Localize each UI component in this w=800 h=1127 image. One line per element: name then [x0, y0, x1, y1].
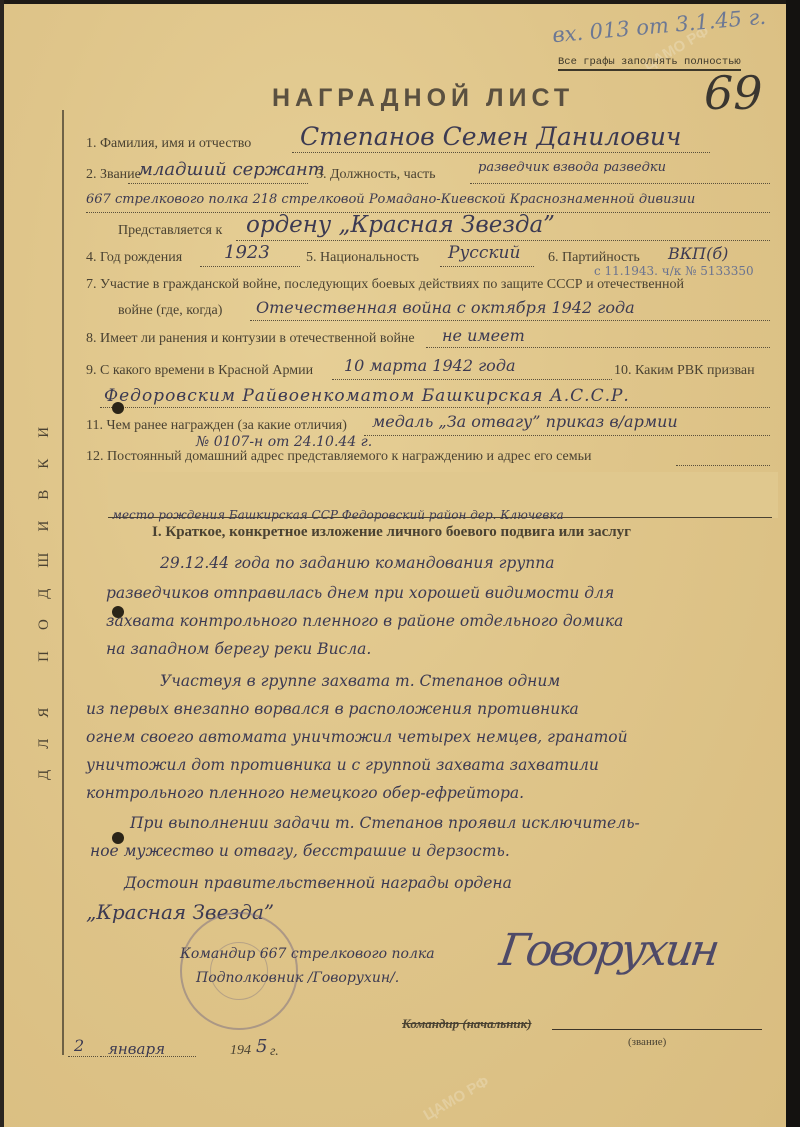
- field-9-value: 10 марта 1942 года: [344, 356, 516, 375]
- feat-line: захвата контрольного пленного в районе о…: [106, 612, 623, 630]
- field-9-label: 9. С какого времени в Красной Армии: [86, 363, 313, 379]
- feat-line: Участвуя в группе захвата т. Степанов од…: [160, 672, 560, 690]
- award-sheet: ДЛЯ ПОДШИВКИ ЦАМО РФ ЦАМО РФ ЦАМО РФ ЦАМ…: [0, 0, 786, 1127]
- field-9-line: [332, 379, 612, 380]
- field-10-value: Федоровским Райвоенкоматом Башкирская А.…: [104, 386, 630, 406]
- feat-line: ное мужество и отвагу, бесстрашие и дерз…: [90, 842, 510, 860]
- field-7-value: Отечественная война с октября 1942 года: [256, 298, 635, 317]
- field-2-value: младший сержант: [138, 159, 325, 180]
- feat-line: контрольного пленного немецкого обер-ефр…: [86, 784, 524, 802]
- field-11-value-cont: № 0107-н от 24.10.44 г.: [196, 434, 372, 450]
- field-5-label: 5. Национальность: [306, 250, 419, 266]
- presented-label: Представляется к: [118, 223, 222, 239]
- binding-margin-label: ДЛЯ ПОДШИВКИ: [36, 260, 53, 780]
- field-7-label: 7. Участие в гражданской войне, последую…: [86, 277, 684, 293]
- feat-line: При выполнении задачи т. Степанов прояви…: [130, 814, 640, 832]
- punch-hole: [112, 402, 124, 414]
- field-7-label-cont: войне (где, когда): [118, 303, 222, 319]
- date-month: января: [108, 1040, 165, 1058]
- field-10-label: 10. Каким РВК призван: [614, 363, 755, 379]
- field-4-line: [200, 266, 300, 267]
- punch-hole: [112, 606, 124, 618]
- field-6-note: с 11.1943. ч/к № 5133350: [594, 264, 754, 278]
- presented-value: ордену „Красная Звезда”: [246, 212, 555, 238]
- rank-caption: (звание): [628, 1036, 666, 1048]
- commander-label: Командир (начальник): [402, 1016, 532, 1032]
- field-4-label: 4. Год рождения: [86, 250, 182, 266]
- feat-line: уничтожил дот противника и с группой зах…: [86, 756, 599, 774]
- feat-line: разведчиков отправилась днем при хорошей…: [106, 584, 614, 602]
- date-day-line: [68, 1056, 98, 1057]
- feat-line: Достоин правительственной награды ордена: [124, 874, 512, 892]
- field-1-value: Степанов Семен Данилович: [300, 122, 681, 151]
- commander-line-1: Командир 667 стрелкового полка: [180, 946, 435, 962]
- signature-line: [552, 1029, 762, 1030]
- presented-line: [236, 240, 770, 241]
- feat-line: из первых внезапно ворвался в расположен…: [86, 700, 579, 718]
- scan-edge-left: [0, 0, 4, 1127]
- scan-edge-top: [0, 0, 786, 4]
- field-4-value: 1923: [224, 242, 270, 263]
- field-8-label: 8. Имеет ли ранения и контузии в отечест…: [86, 331, 415, 347]
- field-12-label: 12. Постоянный домашний адрес представля…: [86, 449, 592, 465]
- field-3-value: разведчик взвода разведки: [478, 160, 666, 175]
- field-12-line: [676, 465, 770, 466]
- date-year-prefix: 194: [230, 1043, 251, 1059]
- field-8-line: [426, 347, 770, 348]
- date-day: 2: [74, 1036, 84, 1055]
- feat-line: на западном берегу реки Висла.: [106, 640, 371, 658]
- registry-note: вх. 013 от 3.1.45 г.: [551, 5, 766, 48]
- feat-heading: I. Краткое, конкретное изложение личного…: [152, 524, 631, 541]
- field-5-line: [440, 266, 534, 267]
- commander-line-2: Подполковник /Говорухин/.: [196, 970, 399, 986]
- feat-line: 29.12.44 года по заданию командования гр…: [160, 554, 555, 572]
- binding-margin-rule: [62, 110, 64, 1055]
- field-2-label: 2. Звание: [86, 167, 141, 183]
- field-3-label: 3. Должность, часть: [316, 167, 436, 183]
- field-11-label: 11. Чем ранее награжден (за какие отличи…: [86, 418, 347, 434]
- field-11-line: [364, 435, 770, 436]
- field-5-value: Русский: [448, 243, 520, 263]
- field-3-line: [470, 183, 770, 184]
- field-7-line: [250, 320, 770, 321]
- date-g: г.: [270, 1044, 279, 1060]
- field-2-line: [128, 183, 308, 184]
- punch-hole: [112, 832, 124, 844]
- date-year-suffix: 5: [256, 1036, 267, 1057]
- field-1-label: 1. Фамилия, имя и отчество: [86, 136, 251, 152]
- field-6-value: ВКП(б): [668, 244, 728, 263]
- watermark: ЦАМО РФ: [421, 1073, 492, 1124]
- feat-line: огнем своего автомата уничтожил четырех …: [86, 728, 628, 746]
- field-8-value: не имеет: [442, 326, 525, 345]
- document-title: НАГРАДНОЙ ЛИСТ: [272, 84, 574, 113]
- scan-edge-right: [786, 0, 800, 1127]
- field-1-line: [292, 152, 710, 153]
- page-number: 69: [704, 66, 763, 120]
- field-10-line: [100, 407, 770, 408]
- commander-signature: Говорухин: [496, 925, 720, 976]
- field-3-value-cont: 667 стрелкового полка 218 стрелковой Ром…: [86, 192, 695, 207]
- birthplace-note: место рождения Башкирская ССР Федоровски…: [112, 508, 564, 522]
- field-11-value: медаль „За отвагу” приказ в/армии: [372, 412, 678, 431]
